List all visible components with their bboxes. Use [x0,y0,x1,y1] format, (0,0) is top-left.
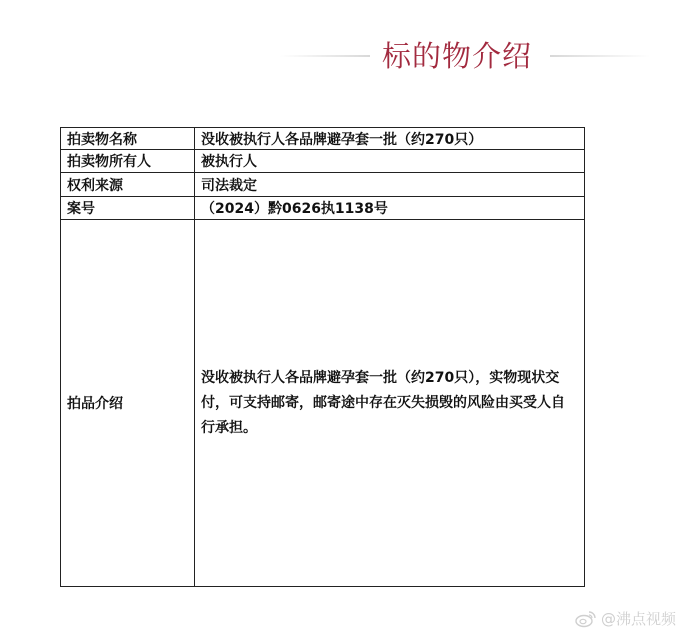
page-title: 标的物介绍 [382,38,532,74]
table-row: 案号 （2024）黔0626执1138号 [61,197,585,220]
table-row: 权利来源 司法裁定 [61,173,585,197]
row-label-rights-source: 权利来源 [61,173,195,197]
row-value-rights-source: 司法裁定 [195,173,585,197]
table-row: 拍品介绍 没收被执行人各品牌避孕套一批（约270只），实物现状交付，可支持邮寄，… [61,220,585,587]
auction-info-table: 拍卖物名称 没收被执行人各品牌避孕套一批（约270只） 拍卖物所有人 被执行人 … [60,127,585,587]
row-value-item-name: 没收被执行人各品牌避孕套一批（约270只） [195,128,585,150]
row-label-description: 拍品介绍 [61,220,195,587]
table-row: 拍卖物所有人 被执行人 [61,150,585,173]
row-value-case-number: （2024）黔0626执1138号 [195,197,585,220]
row-label-item-name: 拍卖物名称 [61,128,195,150]
row-label-case-number: 案号 [61,197,195,220]
watermark: @沸点视频 [575,608,676,629]
weibo-icon [575,610,597,628]
table-row: 拍卖物名称 没收被执行人各品牌避孕套一批（约270只） [61,128,585,150]
row-value-description: 没收被执行人各品牌避孕套一批（约270只），实物现状交付，可支持邮寄，邮寄途中存… [195,220,585,587]
row-value-owner: 被执行人 [195,150,585,173]
title-divider-right [550,55,650,57]
watermark-text: @沸点视频 [601,608,676,629]
section-header: 标的物介绍 [280,38,660,78]
row-label-owner: 拍卖物所有人 [61,150,195,173]
title-divider-left [280,55,370,57]
